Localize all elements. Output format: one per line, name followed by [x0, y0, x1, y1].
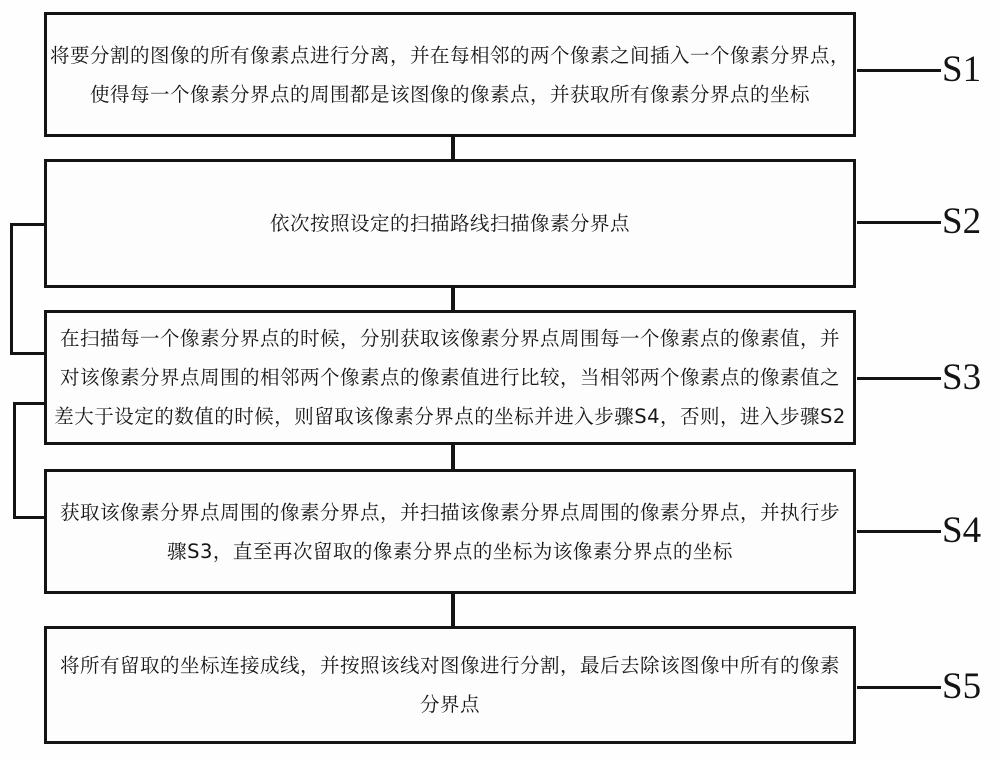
flowchart-box-s2: 依次按照设定的扫描路线扫描像素分界点	[44, 159, 856, 288]
flowchart: 将要分割的图像的所有像素点进行分离，并在每相邻的两个像素之间插入一个像素分界点，…	[0, 0, 1000, 759]
box-s5-line-1: 将所有留取的坐标连接成线，并按照该线对图像进行分割，最后去除该图像中所有的像素	[60, 646, 840, 685]
label-line-s3	[857, 377, 941, 380]
connector-s3-s4	[451, 443, 455, 471]
box-s3-line-3: 差大于设定的数值的时候，则留取该像素分界点的坐标并进入步骤S4，否则，进入步骤S…	[54, 397, 846, 436]
box-s5-line-2: 分界点	[420, 685, 480, 724]
connector-s2-s3	[451, 286, 455, 312]
step-label-s3: S3	[942, 356, 1000, 399]
feedback-s3-to-s2-bottom-line	[10, 352, 47, 355]
feedback-s3-to-s2-top-line	[10, 223, 47, 226]
box-s1-line-1: 将要分割的图像的所有像素点进行分离，并在每相邻的两个像素之间插入一个像素分界点，	[50, 36, 850, 75]
label-line-s5	[857, 686, 941, 689]
step-label-s5: S5	[942, 665, 1000, 708]
label-line-s2	[857, 221, 941, 224]
flowchart-box-s4: 获取该像素分界点周围的像素分界点，并扫描该像素分界点周围的像素分界点，并执行步 …	[44, 469, 856, 594]
feedback-s4-to-s3-bottom-line	[13, 516, 47, 519]
label-line-s1	[857, 69, 941, 72]
flowchart-box-s1: 将要分割的图像的所有像素点进行分离，并在每相邻的两个像素之间插入一个像素分界点，…	[44, 12, 856, 137]
feedback-s3-to-s2-vertical-line	[10, 223, 13, 355]
feedback-s4-to-s3-top-line	[13, 402, 47, 405]
connector-s4-s5	[451, 592, 455, 628]
flowchart-box-s5: 将所有留取的坐标连接成线，并按照该线对图像进行分割，最后去除该图像中所有的像素 …	[44, 626, 856, 744]
connector-s1-s2	[451, 135, 455, 161]
step-label-s2: S2	[942, 200, 1000, 243]
flowchart-box-s3: 在扫描每一个像素分界点的时候，分别获取该像素分界点周围每一个像素点的像素值，并 …	[44, 310, 856, 445]
label-line-s4	[857, 530, 941, 533]
box-s1-line-2: 使得每一个像素分界点的周围都是该图像的像素点，并获取所有像素分界点的坐标	[90, 75, 810, 114]
box-s2-line-1: 依次按照设定的扫描路线扫描像素分界点	[270, 204, 630, 243]
box-s4-line-2: 骤S3，直至再次留取的像素分界点的坐标为该像素分界点的坐标	[167, 532, 733, 571]
feedback-s4-to-s3-vertical-line	[13, 402, 16, 519]
box-s4-line-1: 获取该像素分界点周围的像素分界点，并扫描该像素分界点周围的像素分界点，并执行步	[60, 493, 840, 532]
step-label-s4: S4	[942, 509, 1000, 552]
box-s3-line-2: 对该像素分界点周围的相邻两个像素点的像素值进行比较，当相邻两个像素点的像素值之	[60, 358, 840, 397]
box-s3-line-1: 在扫描每一个像素分界点的时候，分别获取该像素分界点周围每一个像素点的像素值，并	[60, 319, 840, 358]
step-label-s1: S1	[942, 48, 1000, 91]
